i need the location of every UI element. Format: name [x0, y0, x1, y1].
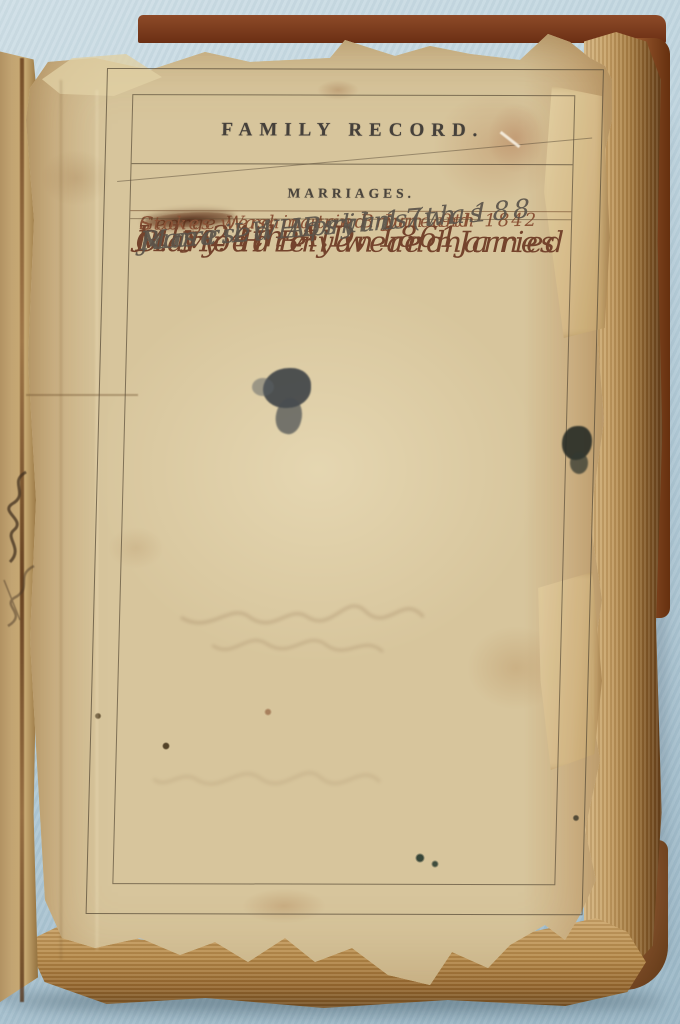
ink-blot — [252, 378, 274, 396]
margin-scribble — [0, 560, 42, 632]
paper-crease — [60, 80, 62, 960]
margin-scribble — [0, 468, 36, 568]
page-title: FAMILY RECORD. — [132, 95, 575, 165]
printed-record-inner-border: FAMILY RECORD. MARRIAGES. George Washing… — [112, 94, 575, 885]
photo-of-family-bible-page: FAMILY RECORD. MARRIAGES. George Washing… — [0, 0, 680, 1024]
ink-blot — [570, 452, 588, 474]
ink-bleed-through-marks — [160, 579, 434, 682]
printed-record-border: FAMILY RECORD. MARRIAGES. George Washing… — [86, 68, 604, 915]
ink-bleed-through-marks — [145, 752, 386, 819]
book-cover-top-edge — [138, 15, 666, 43]
